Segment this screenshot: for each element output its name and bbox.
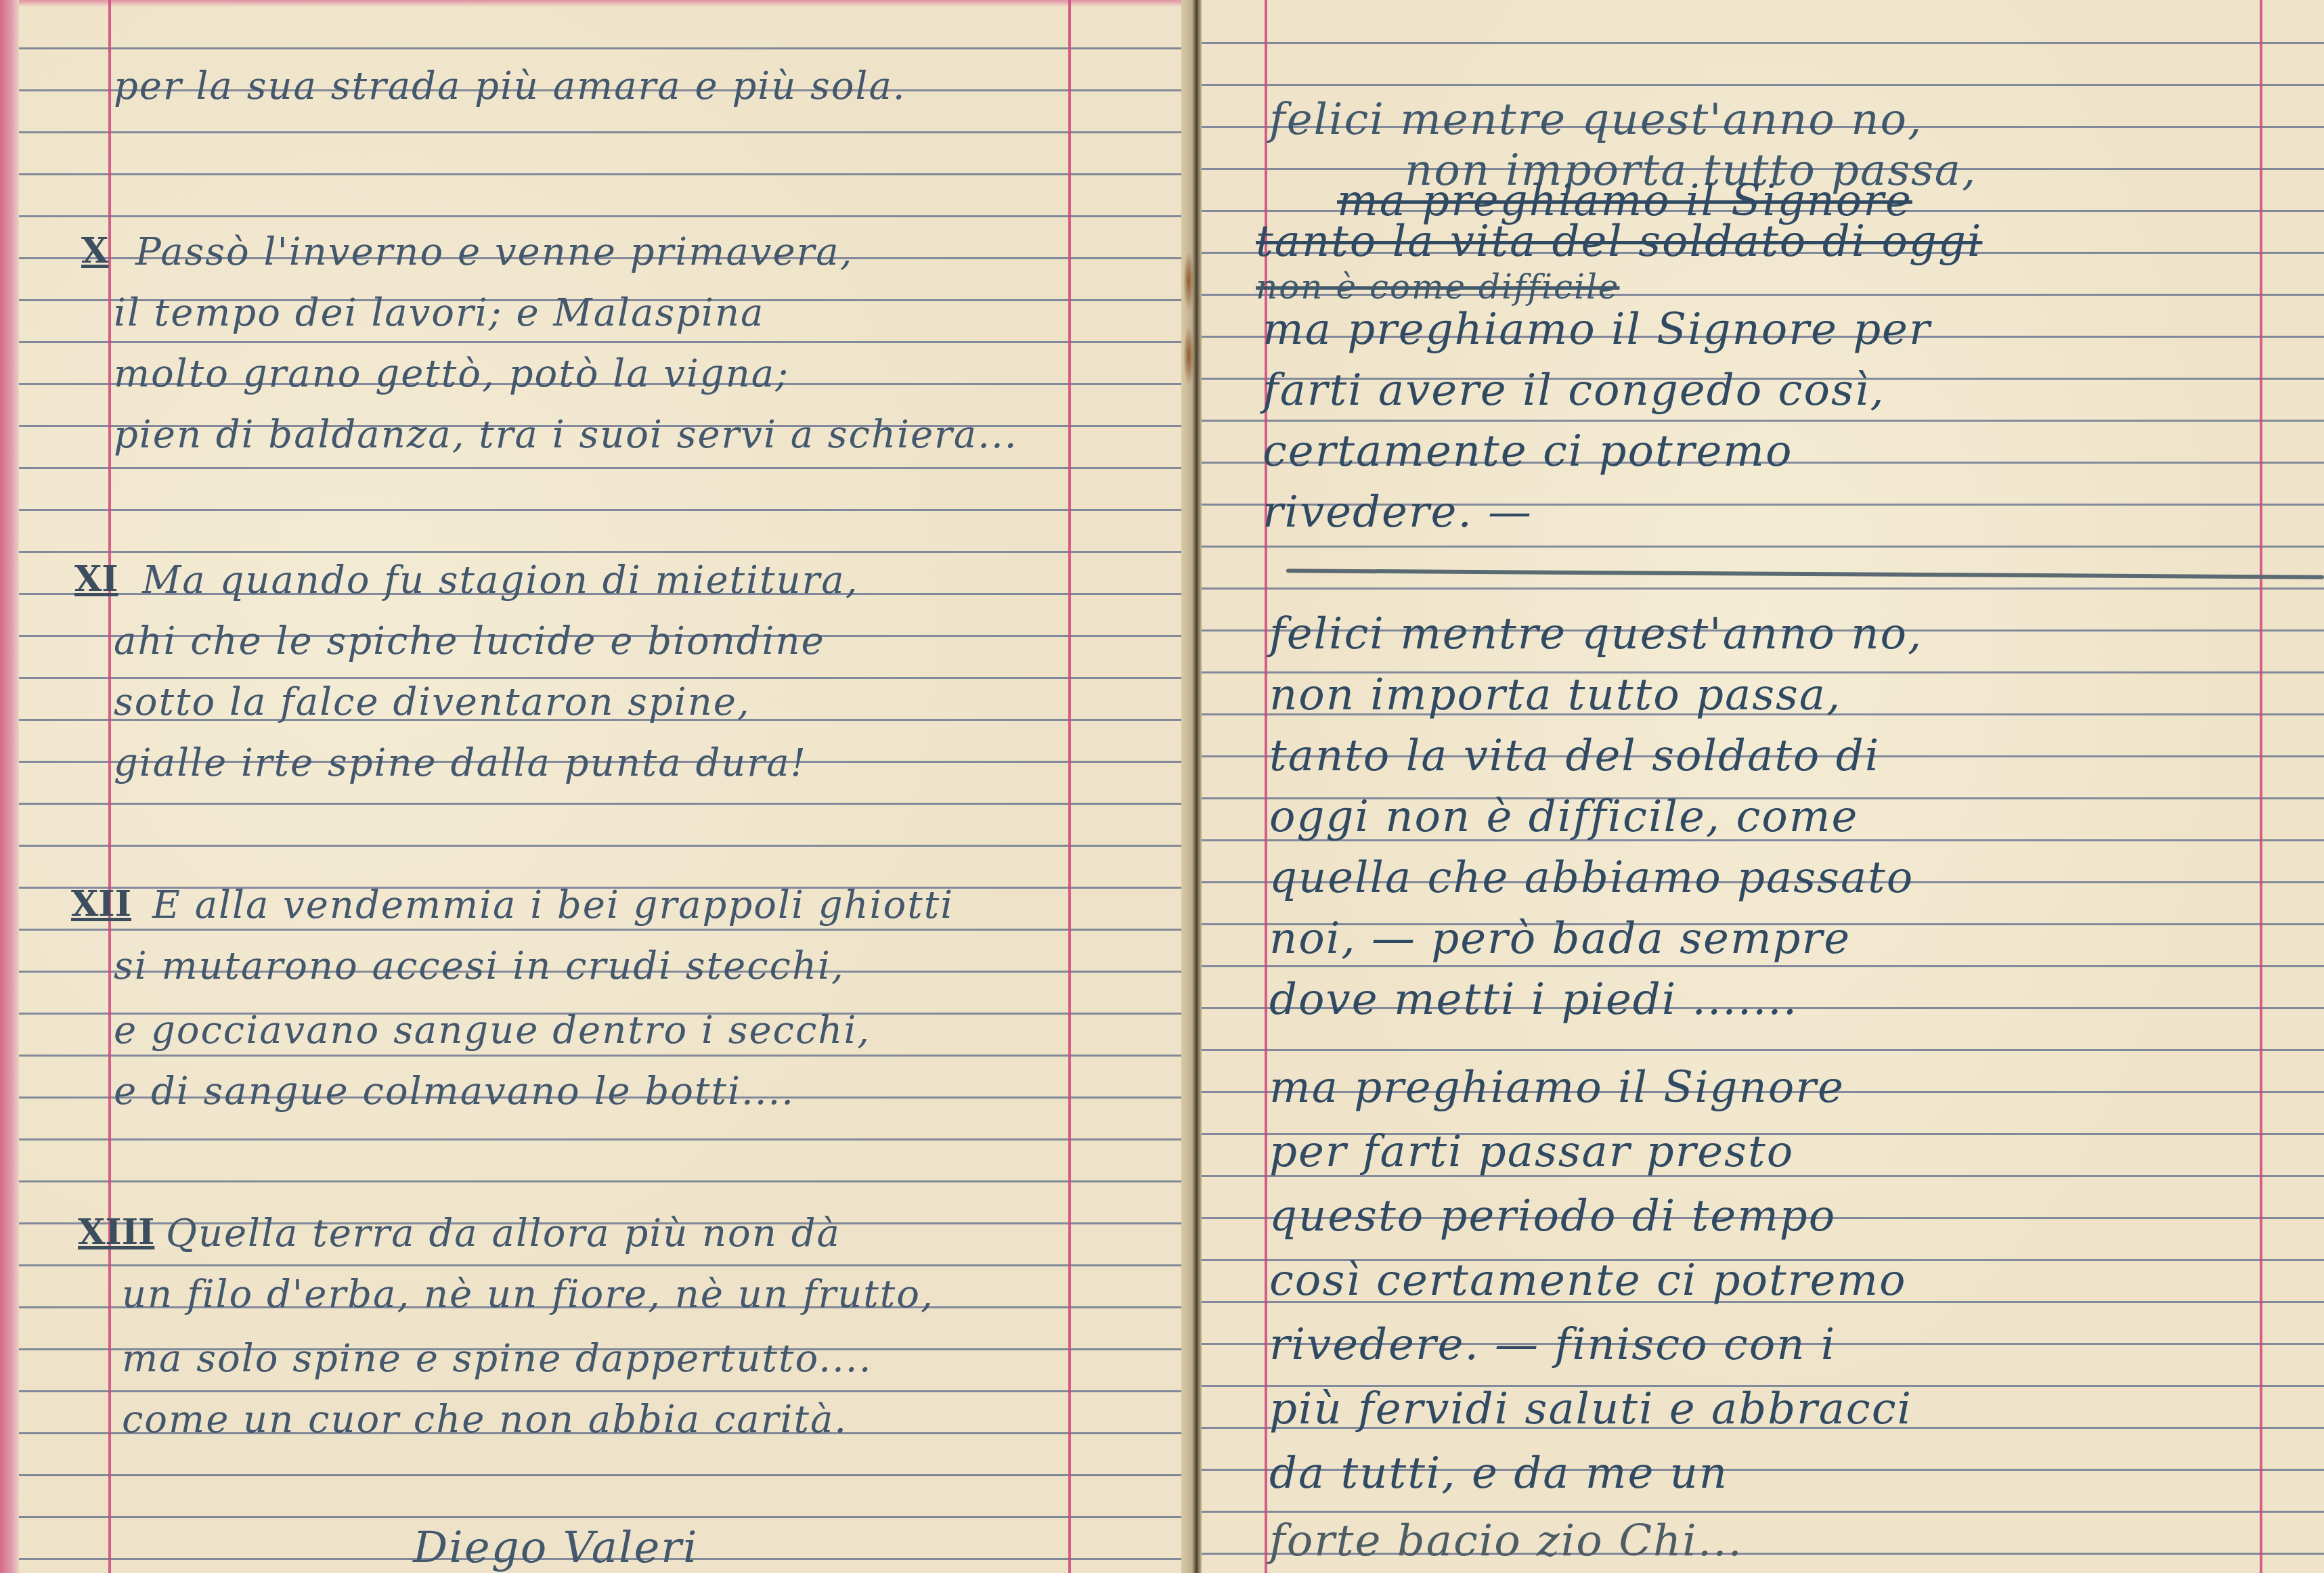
stanza-numeral: XII (71, 883, 131, 925)
letter-line: tanto la vita del soldato di (1269, 731, 1880, 781)
letter-line: ma preghiamo il Signore (1269, 1063, 1845, 1113)
letter-line: oggi non è difficile, come (1269, 792, 1858, 842)
poem-line: Quella terra da allora più non dà (166, 1212, 841, 1256)
cover-top-edge (0, 0, 1191, 7)
stanza-numeral: X (81, 230, 108, 271)
notebook-spread: per la sua strada più amara e più sola. … (0, 0, 2324, 1573)
letter-line: più fervidi saluti e abbracci (1269, 1384, 1912, 1434)
poem-line: molto grano gettò, potò la vigna; (114, 352, 789, 396)
stanza-numeral: XIII (78, 1212, 154, 1253)
poem-line: E alla vendemmia i bei grappoli ghiotti (152, 883, 954, 927)
poem-line: un filo d'erba, nè un fiore, nè un frutt… (122, 1272, 934, 1316)
poem-line: come un cuor che non abbia carità. (122, 1398, 848, 1442)
poem-line: ahi che le spiche lucide e biondine (114, 619, 825, 663)
left-page: per la sua strada più amara e più sola. … (0, 0, 1191, 1573)
poem-line: ma solo spine e spine dappertutto.... (122, 1337, 872, 1381)
poem-line: sotto la falce diventaron spine, (114, 680, 751, 724)
letter-line: felici mentre quest'anno no, (1269, 609, 1923, 659)
right-margin-line (1068, 0, 1071, 1573)
poem-line: e gocciavano sangue dentro i secchi, (114, 1009, 871, 1053)
letter-line: per farti passar presto (1269, 1127, 1794, 1177)
cover-edge (0, 0, 19, 1573)
letter-line: quella che abbiamo passato (1269, 853, 1914, 903)
poem-line: Passò l'inverno e venne primavera, (135, 230, 854, 274)
letter-line: questo periodo di tempo (1269, 1191, 1836, 1241)
rust-stain (1183, 325, 1194, 386)
poem-line: Ma quando fu stagion di mietitura, (142, 558, 858, 602)
poem-author-signature: Diego Valeri (413, 1523, 698, 1573)
poem-opening-line: per la sua strada più amara e più sola. (114, 64, 906, 108)
letter-line: rivedere. — finisco con i (1269, 1320, 1836, 1370)
letter-line: da tutti, e da me un (1269, 1448, 1728, 1499)
poem-line: pien di baldanza, tra i suoi servi a sch… (114, 413, 1018, 457)
stanza-numeral: XI (74, 558, 118, 600)
poem-line: il tempo dei lavori; e Malaspina (114, 291, 764, 335)
rust-stain (1183, 250, 1194, 311)
letter-line: non importa tutto passa, (1269, 670, 1841, 720)
poem-line: si mutarono accesi in crudi stecchi, (114, 944, 845, 988)
letter-line: dove metti i piedi ....... (1269, 975, 1798, 1025)
right-page-final-text: felici mentre quest'anno no, non importa… (1202, 0, 2324, 1573)
letter-line: noi, — però bada sempre (1269, 914, 1851, 964)
letter-line: così certamente ci potremo (1269, 1256, 1907, 1306)
letter-line: forte bacio zio Chi... (1269, 1516, 1743, 1566)
left-margin-line (108, 0, 111, 1573)
poem-line: gialle irte spine dalla punta dura! (114, 741, 807, 785)
poem-line: e di sangue colmavano le botti.... (114, 1069, 795, 1113)
